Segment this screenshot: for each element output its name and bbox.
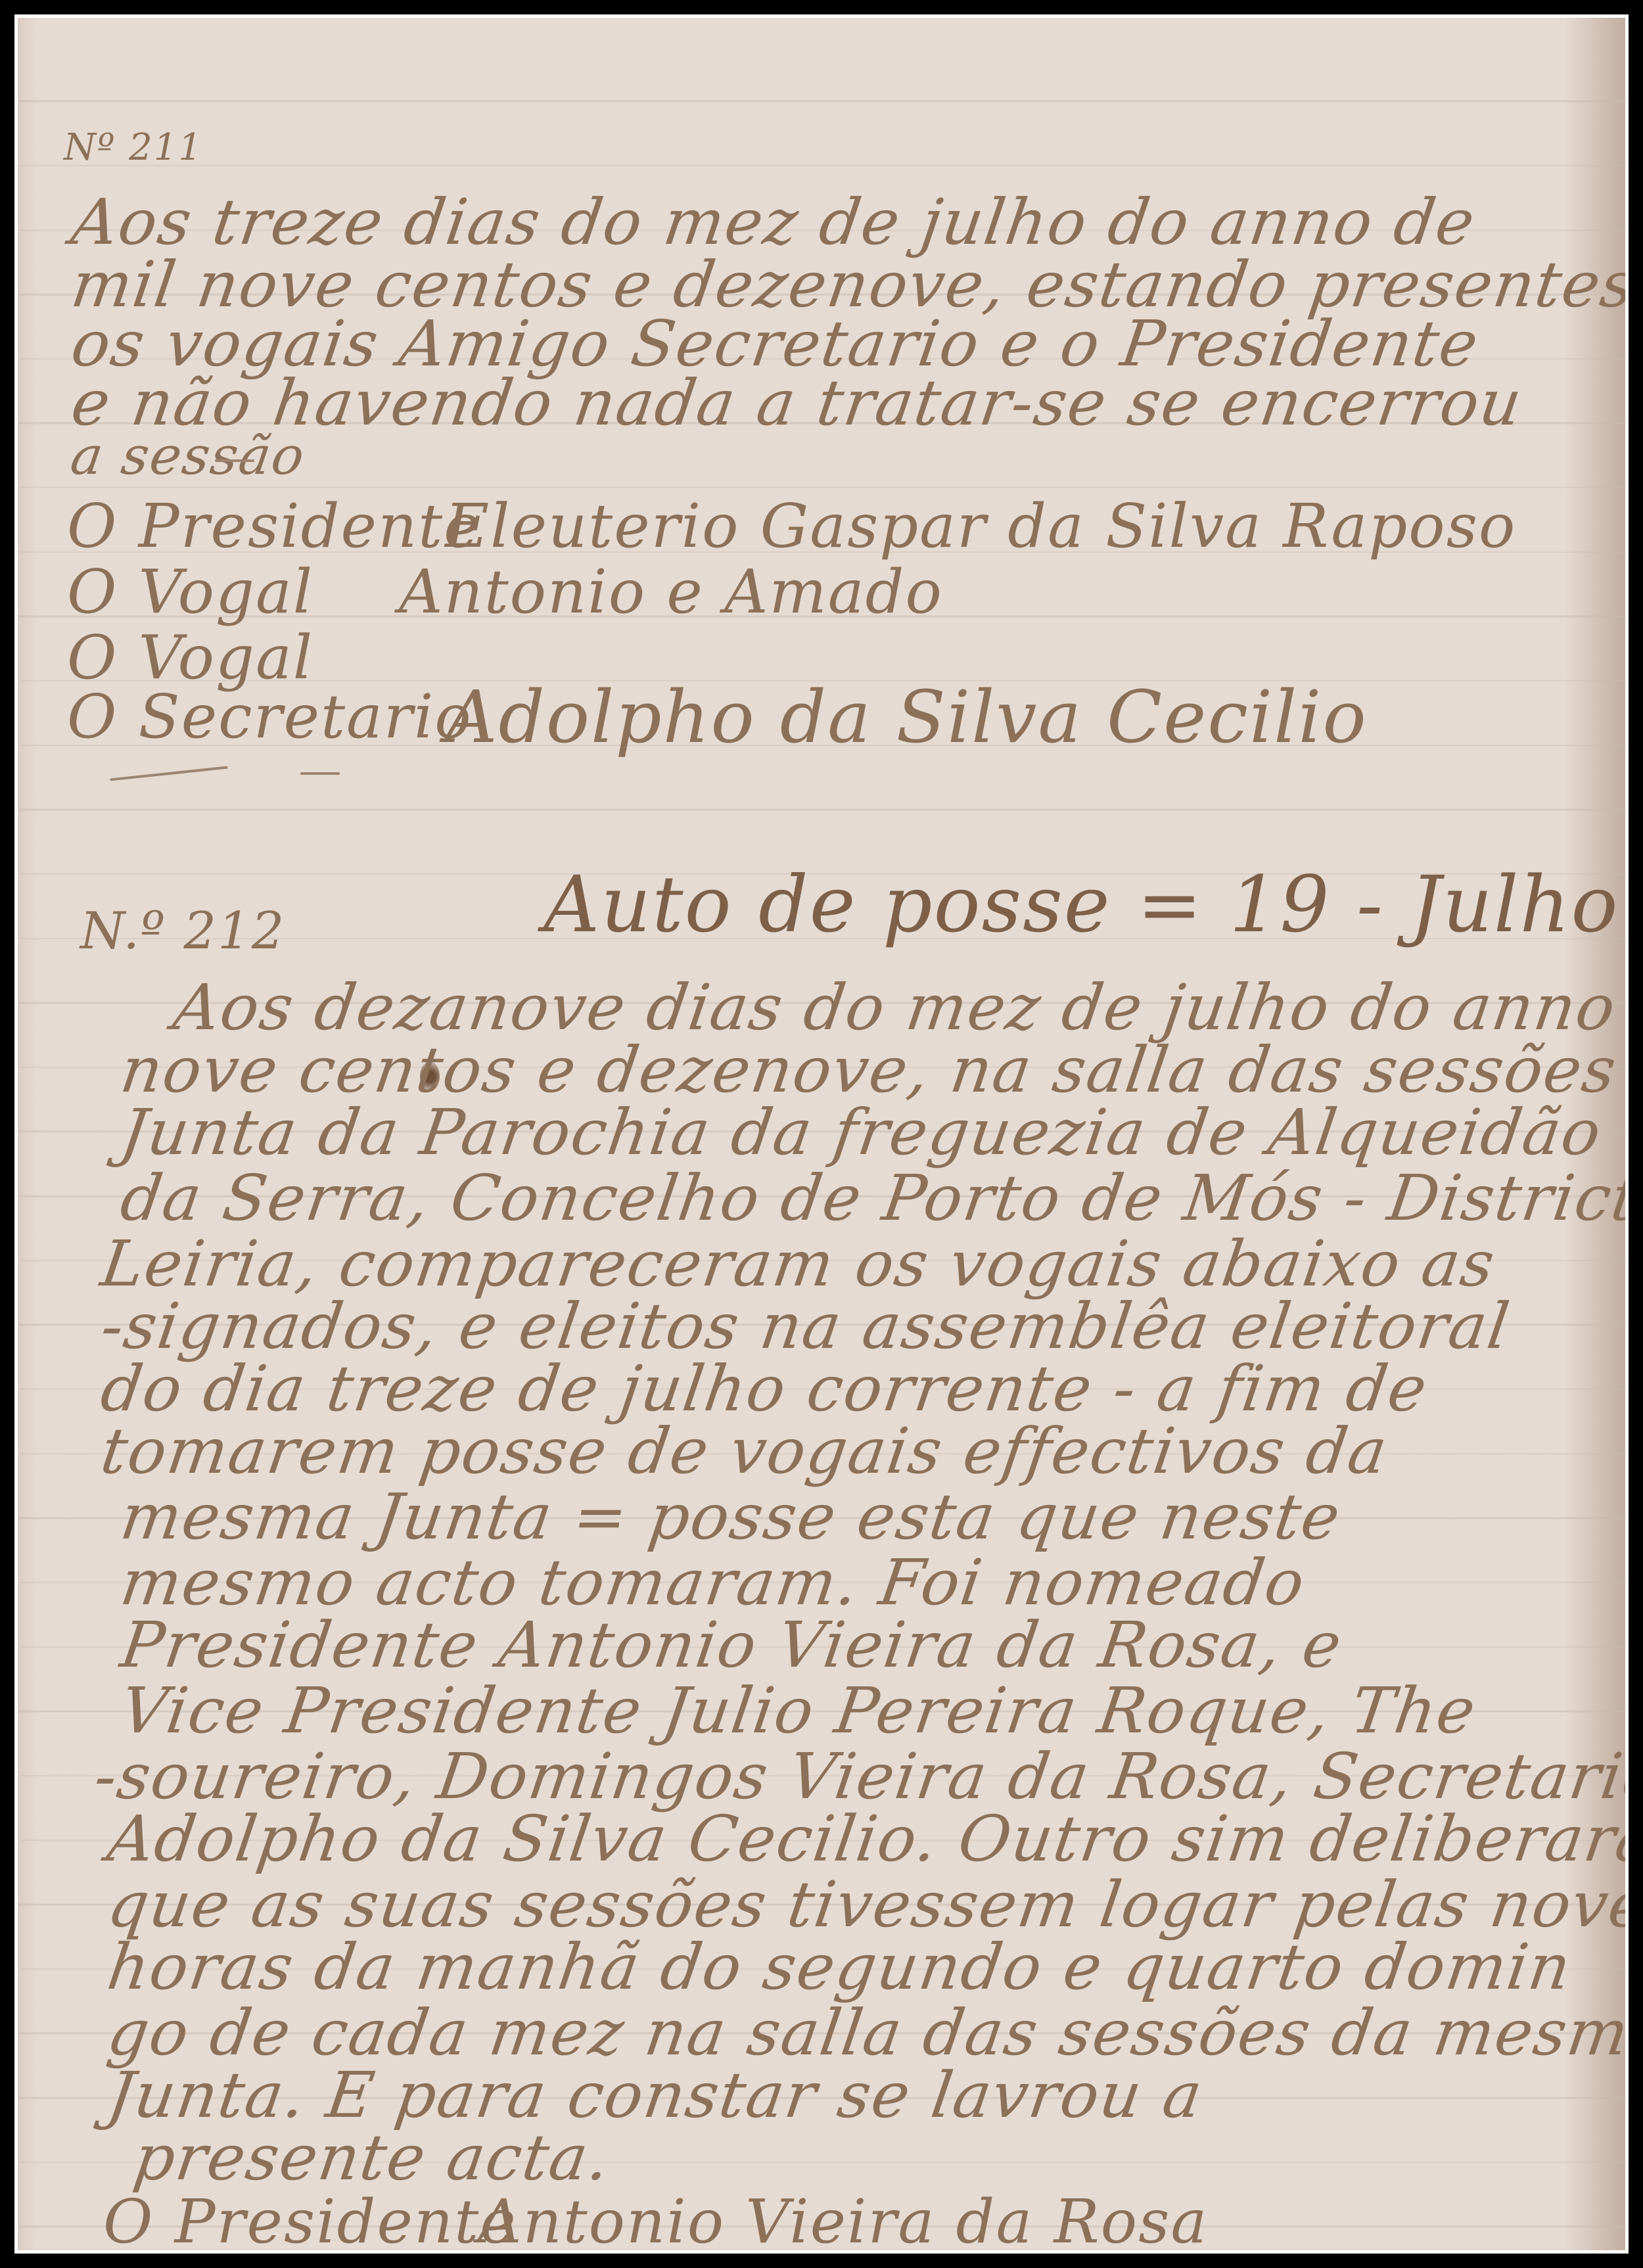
entry-212-line: presente acta. [129, 2121, 615, 2194]
signature-name: Antonio e Amado [399, 557, 943, 627]
entry-212-line: Junta da Parochia da freguezia de Alquei… [116, 1096, 1606, 1169]
entry-number: Nº 211 [64, 126, 203, 169]
entry-212-line: Adolpho da Silva Cecilio. Outro sim deli… [103, 1802, 1625, 1876]
closing-dash [300, 772, 340, 775]
signature-role: O Presidente [67, 491, 481, 561]
entry-number: N.º 212 [80, 902, 285, 961]
signature-role: O Vogal [67, 557, 313, 627]
entry-212-line: horas da manhã do segundo e quarto domin [103, 1930, 1576, 2004]
signature-name: Eleuterio Gaspar da Silva Raposo [445, 491, 1516, 561]
signature-role: O Presidente [103, 2187, 517, 2250]
entry-title: Auto de posse = 19 - Julho - 1919 [544, 859, 1625, 950]
entry-212-line: Vice Presidente Julio Pereira Roque, The [116, 1674, 1481, 1747]
closing-dash [215, 459, 254, 462]
signature-name: Antonio Vieira da Rosa [478, 2187, 1208, 2250]
entry-212-line: tomarem posse de vogais effectivos da [97, 1414, 1393, 1488]
entry-212-line: da Serra, Concelho de Porto de Mós - Dis… [116, 1161, 1625, 1235]
entry-211-line: a sessão [67, 425, 310, 486]
signature-name: Adolpho da Silva Cecilio [445, 675, 1368, 759]
manuscript-page: Nº 211 Aos treze dias do mez de julho do… [18, 18, 1625, 2250]
signature-role: O Secretario [67, 682, 473, 752]
entry-212-line: Presidente Antonio Vieira da Rosa, e [116, 1608, 1347, 1682]
entry-212-line: mesma Junta = posse esta que neste [116, 1480, 1345, 1554]
